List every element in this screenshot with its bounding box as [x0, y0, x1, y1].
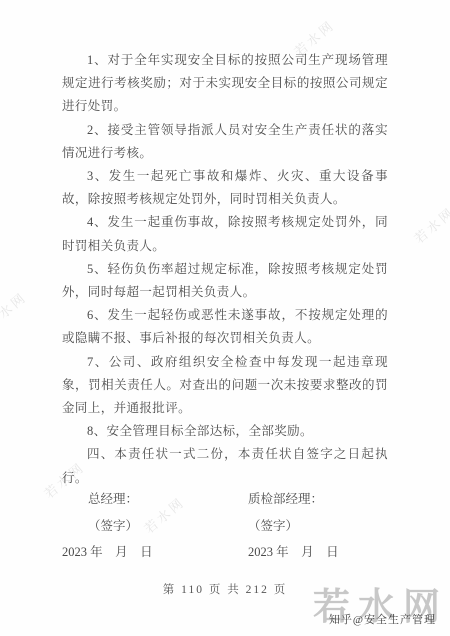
- clause-paragraph-1: 1、对于全年实现安全目标的按照公司生产现场管理规定进行考核奖励；对于未实现安全目…: [62, 49, 388, 119]
- watermark-caption: 知乎@安全生产管理: [329, 611, 436, 627]
- page-number-footer: 第 110 页 共 212 页: [0, 581, 450, 597]
- clause-paragraph-3: 3、发生一起死亡事故和爆炸、火灾、重大设备事故，除按照考核规定处罚外，同时罚相关…: [62, 165, 388, 211]
- clause-paragraph-8: 8、安全管理目标全部达标，全部奖励。: [62, 420, 388, 443]
- clause-paragraph-7: 7、公司、政府组织安全检查中每发现一起违章现象，罚相关责任人。对查出的问题一次未…: [62, 351, 388, 421]
- signature-right-sign-label: （签字）: [248, 518, 392, 535]
- diagonal-watermark: 若水网: [0, 287, 31, 332]
- signature-block: 总经理： （签字） 2023 年 月 日 质检部经理： （签字） 2023 年 …: [62, 491, 392, 571]
- signature-left-column: 总经理： （签字） 2023 年 月 日: [62, 491, 248, 571]
- signature-right-title: 质检部经理：: [248, 491, 392, 508]
- clause-paragraph-5: 5、轻伤负伤率超过规定标准，除按照考核规定处罚外，同时每超一起罚相关负责人。: [62, 258, 388, 304]
- diagonal-watermark: 若水网: [410, 202, 450, 247]
- signature-left-title: 总经理：: [62, 491, 248, 508]
- clause-paragraph-2: 2、接受主管领导指派人员对安全生产责任状的落实情况进行考核。: [62, 119, 388, 165]
- signature-right-date: 2023 年 月 日: [248, 544, 392, 561]
- closing-clause-paragraph: 四、本责任状一式二份，本责任状自签字之日起执行。: [62, 443, 388, 489]
- document-page: 若水网 若水网 若水网 若水网 若水网 1、对于全年实现安全目标的按照公司生产现…: [0, 0, 450, 636]
- signature-left-sign-label: （签字）: [62, 518, 248, 535]
- document-body: 1、对于全年实现安全目标的按照公司生产现场管理规定进行考核奖励；对于未实现安全目…: [62, 49, 388, 490]
- signature-right-column: 质检部经理： （签字） 2023 年 月 日: [248, 491, 392, 571]
- clause-paragraph-4: 4、发生一起重伤事故，除按照考核规定处罚外，同时罚相关负责人。: [62, 211, 388, 257]
- signature-left-date: 2023 年 月 日: [62, 544, 248, 561]
- clause-paragraph-6: 6、发生一起轻伤或恶性未遂事故，不按规定处理的或隐瞒不报、事后补报的每次罚相关负…: [62, 304, 388, 350]
